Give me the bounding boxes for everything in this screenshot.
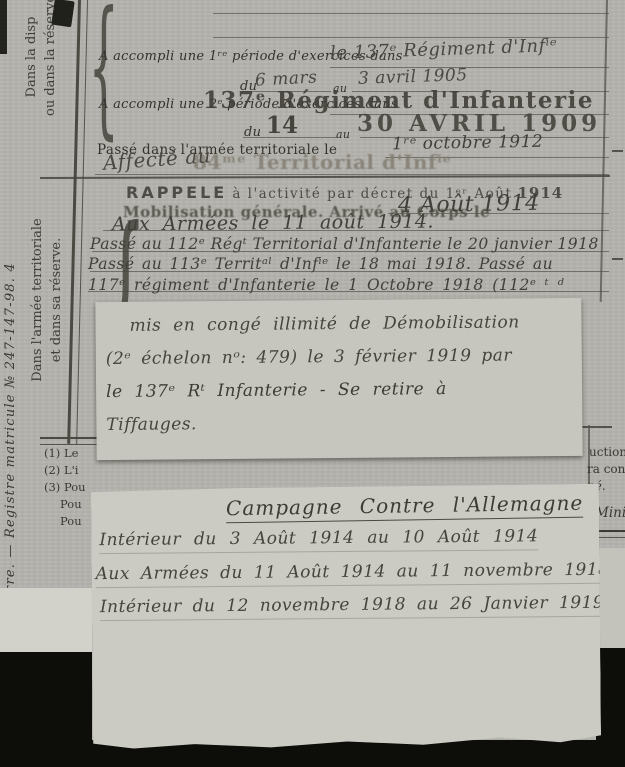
territorial-date-handwriting: 1ʳᵉ octobre 1912 [392,132,544,155]
frame-left-double-rule [67,0,88,444]
campaign-line3: Intérieur du 12 novembre 1918 au 26 Janv… [100,593,605,621]
margin-section1-line1: Dans la disp [22,0,41,116]
right-fragment-4: Mini [595,505,625,521]
demobilisation-line2: (2ᵉ échelon nᵒ: 479) le 3 février 1919 p… [106,345,512,369]
spine-label: Guerre. — Registre matricule № 247-147-9… [3,47,21,622]
demobilisation-slip: mis en congé illimité de Démobilisation … [95,298,582,460]
brace-icon: { [88,0,119,146]
margin-section2-label: Dans l'armée territoriale et dans sa rés… [28,202,68,398]
scan-edge-mark [0,0,7,54]
scan-dark-blob [51,0,74,27]
du-label: du [244,125,261,140]
date-from-stamp: 14 [266,112,298,139]
entry4-handwriting: 117ᵉ régiment d'Infanterie le 1 Octobre … [88,276,564,294]
margin-column-dash [612,258,623,260]
rappel-word: RAPPELE [126,183,227,202]
footnote-3: (3) Pou [44,479,86,496]
frame-right-rule-upper [600,0,608,302]
entry2-handwriting: Passé au 112ᵉ Régᵗ Territorial d'Infante… [90,235,599,253]
campaign-line2: Aux Armées du 11 Août 1914 au 11 novembr… [96,560,610,588]
margin-section2-line1: Dans l'armée territoriale [28,202,47,398]
period1-to-handwriting: 3 avril 1905 [358,65,468,89]
footnotes: (1) Le (2) L'i (3) Pou Pou Pou [44,445,86,530]
entry-rule [95,174,609,175]
au-label: au [336,128,350,141]
footnote-4: Pou [44,496,86,513]
campaign-title: Campagne Contre l'Allemagne [226,491,584,524]
period1-from-handwriting: 6 mars [255,67,318,90]
entry1-handwriting: Aux Armées le 11 août 1914. [112,211,434,236]
demobilisation-line3: le 137ᵉ Rᵗ Infanterie - Se retire à [106,379,447,402]
section-divider-rule [40,175,610,179]
demobilisation-line4: Tiffauges. [106,414,197,435]
period1-regiment-handwriting: le 137ᵉ Régiment d'Infⁱᵉ [330,35,558,64]
document-scan: Guerre. — Registre matricule № 247-147-9… [0,0,625,767]
right-fragment-2: ra con [587,462,625,476]
frame-right-horizontal-rule [578,426,612,428]
margin-column-dash [612,150,623,152]
footnote-1: (1) Le [44,445,86,462]
campaign-slip: Campagne Contre l'Allemagne Intérieur du… [91,484,601,750]
right-fragment-1: uction [589,445,625,459]
entry3-handwriting: Passé au 113ᵉ Territᵃˡ d'Infⁱᵉ le 18 mai… [88,255,553,273]
campaign-line1: Intérieur du 3 Août 1914 au 10 Août 1914 [99,526,538,554]
entry-rule [213,13,609,14]
demobilisation-line1: mis en congé illimité de Démobilisation [129,312,519,335]
margin-section2-line2: et dans sa réserve. [47,202,66,398]
page-edge-light-left [0,588,92,652]
footnote-5: Pou [44,513,86,530]
frame-bottom-left-double-rule [40,437,97,445]
footnote-2: (2) L'i [44,462,86,479]
